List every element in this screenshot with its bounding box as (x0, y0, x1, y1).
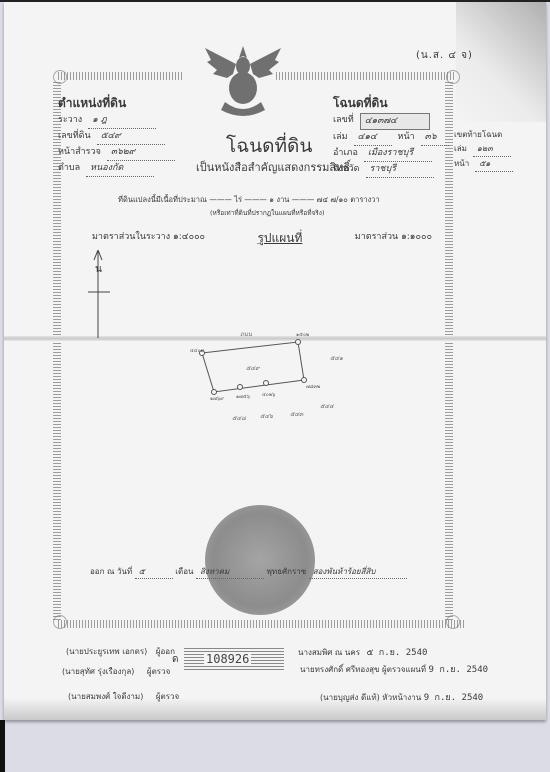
document-subtitle: เป็นหนังสือสำคัญแสดงกรรมสิทธิ์ (196, 158, 350, 176)
svg-text:๔๔๐๙: ๔๔๐๙ (190, 348, 205, 354)
map-title: รูปแผนที่ (257, 229, 302, 248)
field-label: หน้า (398, 130, 415, 146)
signatory-name: (นายบุญส่ง ดีแท้) (320, 693, 380, 702)
border-bottom (58, 620, 466, 628)
document-title: โฉนดที่ดิน (226, 131, 312, 161)
svg-text:๗๘๓๒: ๗๘๓๒ (306, 384, 320, 390)
issue-label: ออก ณ วันที่ (90, 567, 132, 576)
field-row: เล่ม ๔๑๔ หน้า ๓๖ (333, 130, 449, 146)
svg-text:๕๔๓: ๕๔๓ (290, 411, 304, 418)
border-corner-ornament (53, 615, 67, 629)
year-label: พุทธศักราช (267, 567, 307, 576)
border-corner-ornament (446, 615, 460, 629)
deed-appendix-block: เขตท้ายโฉนด เล่ม ๑๒๓ หน้า ๕๑ (454, 128, 513, 172)
field-row: เลขที่ดิน ๕๔๙ (58, 129, 175, 145)
signatory-role: ผู้ตรวจ (147, 667, 170, 676)
svg-text:๕๔๑: ๕๔๑ (330, 355, 343, 362)
garuda-emblem-icon (203, 44, 283, 124)
issue-year: สองพันห้าร้อยสี่สิบ (309, 565, 407, 579)
field-label: ระวาง (58, 113, 82, 129)
appendix-label: เขตท้ายโฉนด (454, 128, 513, 142)
land-location-header: ตำแหน่งที่ดิน (58, 96, 175, 111)
field-label: อำเภอ (333, 146, 358, 162)
signature-block: (นายประยูรเทพ เอกดร) ผู้ออก (66, 645, 175, 658)
deed-info-block: โฉนดที่ดิน เลขที่ ๔๑๓๗๔ เล่ม ๔๑๔ หน้า ๓๖… (333, 96, 449, 178)
field-value: ๕๔๙ (97, 129, 165, 145)
signature-date: 9 ก.ย. 2540 (424, 693, 484, 703)
field-row: ระวาง ๑ ฎ (58, 113, 175, 129)
sheet-scale-label: มาตราส่วนในระวาง (92, 232, 170, 242)
signature-date: ๕ ก.ย. 2540 (367, 648, 428, 658)
svg-text:๑๗๖๙: ๑๗๖๙ (210, 396, 224, 402)
field-value: หนองกัด (86, 161, 154, 177)
signatory-name: (นายสมพงศ์ ใจดีงาม) (68, 692, 143, 701)
field-value: ๓๖๒๙ (107, 145, 175, 161)
field-row: ตำบล หนองกัด (58, 161, 175, 177)
border-corner-ornament (446, 70, 460, 84)
field-value: ๕๑ (475, 157, 513, 172)
field-row: หน้าสำรวจ ๓๖๒๙ (58, 145, 175, 161)
svg-text:ถนน: ถนน (240, 331, 253, 338)
signatory-name: (นายประยูรเทพ เอกดร) (66, 647, 147, 656)
signature-block: นางสมพิศ ณ นคร ๕ ก.ย. 2540 (298, 645, 427, 659)
field-label: เล่ม (333, 130, 348, 146)
signatory-name: นางสมพิศ ณ นคร (298, 648, 360, 657)
signature-block: (นายสุทัศ รุ่งเรืองกุล) ผู้ตรวจ (62, 665, 170, 678)
border-top-right (276, 72, 456, 80)
north-label: น (95, 262, 102, 277)
area-note: (หรือเท่าที่ดินที่ปรากฏในแผนที่หรือที่จร… (210, 208, 325, 218)
scale-row: มาตราส่วนในระวาง ๑:๔๐๐๐ รูปแผนที่ มาตราส… (92, 229, 432, 248)
signature-block: (นายสมพงศ์ ใจดีงาม) ผู้ตรวจ (68, 690, 179, 703)
svg-text:๑๕๐๒: ๑๕๐๒ (296, 332, 309, 338)
field-value: ราชบุรี (366, 162, 434, 178)
area-statement: ที่ดินแปลงนี้มีเนื้อที่ประมาณ ——— ไร่ ——… (118, 194, 380, 206)
svg-text:๔๐๒๖: ๔๐๒๖ (262, 392, 275, 398)
sheet-scale-value: ๑:๔๐๐๐ (173, 232, 205, 242)
scanner-left-edge (0, 720, 5, 772)
serial-prefix: ด (172, 652, 179, 667)
signature-block: (นายบุญส่ง ดีแท้) หัวหน้างาน 9 ก.ย. 2540 (320, 690, 483, 704)
field-value: เมืองราชบุรี (364, 146, 432, 162)
signatory-role: ผู้ตรวจ (156, 692, 179, 701)
field-label: เล่ม (454, 142, 467, 157)
field-row: อำเภอ เมืองราชบุรี (333, 146, 449, 162)
signature-date: 9 ก.ย. 2540 (429, 665, 489, 675)
field-value: ๓๖ (421, 130, 449, 146)
month-label: เดือน (175, 567, 193, 576)
border-corner-ornament (53, 70, 67, 84)
svg-text:๑๗๕๖: ๑๗๕๖ (236, 394, 250, 400)
issue-month: สิงหาคม (196, 565, 264, 579)
field-label: จังหวัด (333, 162, 360, 178)
signatory-name: (นายสุทัศ รุ่งเรืองกุล) (62, 667, 134, 676)
field-label: เลขที่ (333, 113, 354, 130)
map-scale-value: ๑:๑๐๐๐ (401, 232, 432, 242)
land-location-block: ตำแหน่งที่ดิน ระวาง ๑ ฎ เลขที่ดิน ๕๔๙ หน… (58, 96, 175, 177)
serial-number: 108926 (204, 652, 251, 666)
field-row: จังหวัด ราชบุรี (333, 162, 449, 178)
issue-day: ๕ (135, 565, 173, 579)
appendix-page-row: หน้า ๕๑ (454, 157, 513, 172)
deed-number-value: ๔๑๓๗๔ (360, 113, 430, 130)
issue-date-line: ออก ณ วันที่ ๕ เดือน สิงหาคม พุทธศักราช … (90, 565, 407, 579)
north-arrow-icon (88, 248, 118, 338)
field-label: เลขที่ดิน (58, 129, 91, 145)
form-code: (น.ส. ๔ จ) (416, 48, 473, 63)
map-scale-label: มาตราส่วน (355, 232, 398, 242)
field-label: หน้า (454, 157, 469, 172)
svg-text:๕๔๔: ๕๔๔ (320, 403, 335, 410)
border-top-left (58, 72, 184, 80)
sheet-scale: มาตราส่วนในระวาง ๑:๔๐๐๐ (92, 229, 205, 248)
field-row: เลขที่ ๔๑๓๗๔ (333, 113, 449, 130)
appendix-book-row: เล่ม ๑๒๓ (454, 142, 513, 157)
deed-info-header: โฉนดที่ดิน (333, 96, 449, 111)
svg-text:๕๔๖: ๕๔๖ (260, 413, 274, 420)
field-label: ตำบล (58, 161, 80, 177)
field-value: ๑๒๓ (473, 142, 511, 157)
map-scale: มาตราส่วน ๑:๑๐๐๐ (355, 229, 432, 248)
official-seal-stamp (205, 505, 315, 615)
field-label: หน้าสำรวจ (58, 145, 101, 161)
field-value: ๑ ฎ (88, 113, 156, 129)
field-value: ๔๑๔ (354, 130, 392, 146)
parcel-map-drawing: ๔๔๐๙๑๕๐๒๗๘๓๒ ๑๗๖๙๑๗๕๖๔๐๒๖ ๕๔๙๕๔๑๕๔๔ ๕๔๘๕… (180, 330, 380, 430)
signatory-name: นายทรงศักดิ์ ศรีทองสุข (300, 665, 380, 674)
svg-text:๕๔๙: ๕๔๙ (246, 365, 260, 372)
signatory-role: หัวหน้างาน (382, 693, 421, 702)
serial-number-box: 108926 (184, 648, 284, 670)
svg-text:๕๔๘: ๕๔๘ (232, 415, 247, 422)
signatory-role: ผู้ตรวจแผนที่ (382, 665, 426, 674)
signature-block: นายทรงศักดิ์ ศรีทองสุข ผู้ตรวจแผนที่ 9 ก… (300, 662, 488, 676)
